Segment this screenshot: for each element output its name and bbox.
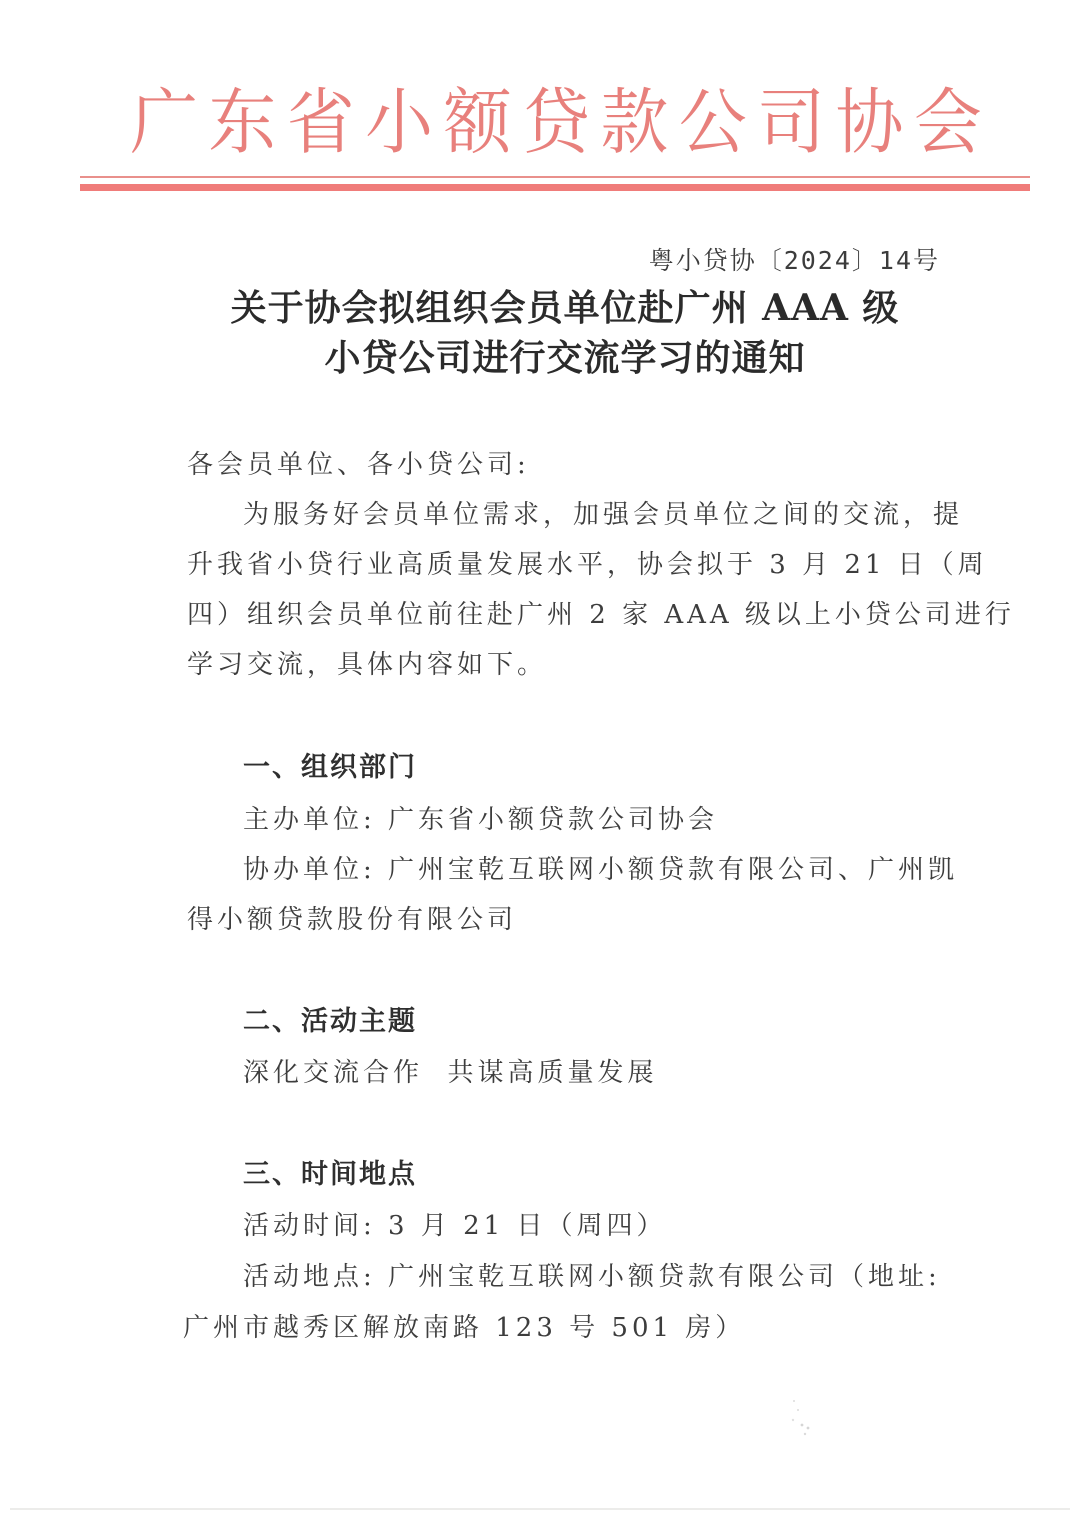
letterhead-char: 省 [287, 76, 355, 173]
letterhead-rule-thin [80, 176, 1030, 178]
section-heading-time-place: 三、时间地点 [243, 1155, 417, 1195]
intro-paragraph-line: 为服务好会员单位需求，加强会员单位之间的交流，提 [243, 495, 963, 535]
section-line: 得小额贷款股份有限公司 [187, 900, 517, 940]
intro-paragraph-line: 学习交流，具体内容如下。 [187, 645, 547, 685]
letterhead-char: 广 [130, 76, 198, 173]
letterhead-char: 贷 [522, 76, 590, 173]
section-heading-theme: 二、活动主题 [243, 1002, 417, 1042]
scan-speck-mark [790, 1398, 816, 1438]
letterhead-char: 额 [444, 76, 512, 173]
letterhead-char: 会 [914, 76, 982, 173]
section-line: 主办单位: 广东省小额贷款公司协会 [243, 800, 718, 840]
letterhead-char: 司 [757, 76, 825, 173]
document-number: 粤小贷协〔2024〕14号 [649, 243, 940, 279]
organization-letterhead: 广 东 省 小 额 贷 款 公 司 协 会 [80, 78, 1030, 170]
letterhead-char: 东 [208, 76, 276, 173]
letterhead-char: 小 [365, 76, 433, 173]
intro-paragraph-line: 四）组织会员单位前往赴广州 2 家 AAA 级以上小贷公司进行 [187, 595, 1015, 635]
section-line: 活动地点: 广州宝乾互联网小额贷款有限公司（地址: [243, 1257, 941, 1297]
section-line: 广州市越秀区解放南路 123 号 501 房） [183, 1308, 745, 1348]
page-bottom-edge [10, 1508, 1070, 1510]
document-page: 广 东 省 小 额 贷 款 公 司 协 会 粤小贷协〔2024〕14号 关于协会… [0, 0, 1080, 1528]
letterhead-rule-thick [80, 184, 1030, 191]
section-line: 协办单位: 广州宝乾互联网小额贷款有限公司、广州凯 [243, 850, 958, 890]
section-heading-organizers: 一、组织部门 [243, 748, 417, 788]
section-line: 深化交流合作 共谋高质量发展 [243, 1053, 658, 1093]
intro-paragraph-line: 升我省小贷行业高质量发展水平，协会拟于 3 月 21 日（周 [187, 545, 988, 585]
document-title-line-2: 小贷公司进行交流学习的通知 [150, 332, 980, 384]
section-line: 活动时间: 3 月 21 日（周四） [243, 1206, 666, 1246]
salutation: 各会员单位、各小贷公司: [187, 445, 530, 485]
letterhead-char: 款 [600, 76, 668, 173]
document-title-line-1: 关于协会拟组织会员单位赴广州 AAA 级 [150, 282, 980, 334]
letterhead-char: 公 [679, 76, 747, 173]
letterhead-char: 协 [836, 76, 904, 173]
